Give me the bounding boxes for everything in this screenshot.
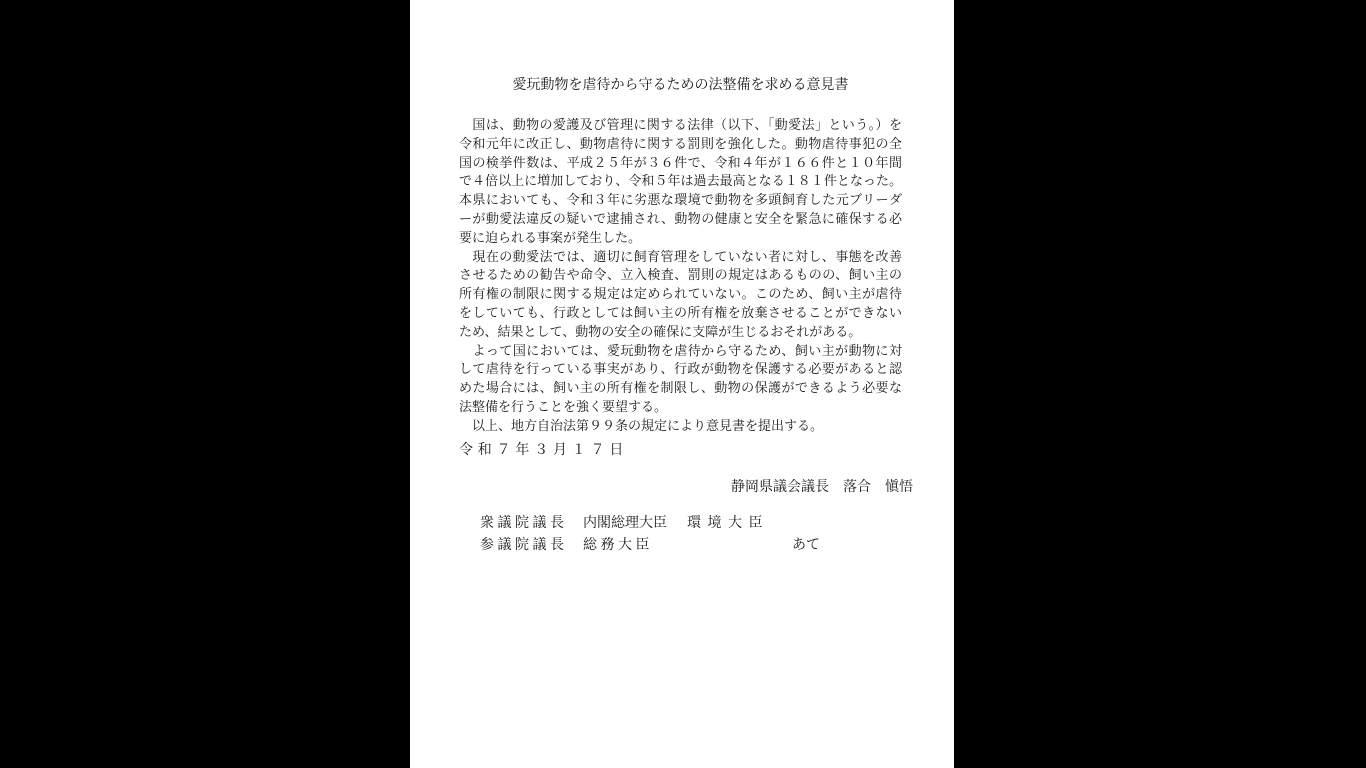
body-line: して虐待を行っている事実があり、行政が動物を保護する必要があると認 — [459, 360, 902, 379]
document-title: 愛玩動物を虐待から守るための法整備を求める意見書 — [459, 76, 902, 95]
body-line: をしていても、行政としては飼い主の所有権を放棄させることができない — [459, 304, 902, 323]
body-line: めた場合には、飼い主の所有権を制限し、動物の保護ができるよう必要な — [459, 379, 902, 398]
document-date: 令和７年３月１７日 — [459, 441, 628, 460]
screen-background: 愛玩動物を虐待から守るための法整備を求める意見書 国は、動物の愛護及び管理に関す… — [0, 0, 1366, 768]
document-page: 愛玩動物を虐待から守るための法整備を求める意見書 国は、動物の愛護及び管理に関す… — [410, 0, 954, 768]
body-line: で４倍以上に増加しており、令和５年は過去最高となる１８１件となった。 — [459, 172, 902, 191]
body-line: 現在の動愛法では、適切に飼育管理をしていない者に対し、事態を改善 — [459, 248, 902, 267]
addressee-prime-minister: 内閣総理大臣 — [583, 514, 667, 533]
body-line: 要に迫られる事案が発生した。 — [459, 229, 902, 248]
body-line: 以上、地方自治法第９９条の規定により意見書を提出する。 — [459, 417, 902, 436]
document-body: 国は、動物の愛護及び管理に関する法律（以下、「動愛法」という。）を令和元年に改正… — [459, 116, 902, 436]
body-line: 本県においても、令和３年に劣悪な環境で動物を多頭飼育した元ブリーダ — [459, 191, 902, 210]
body-line: 所有権の制限に関する規定は定められていない。このため、飼い主が虐待 — [459, 285, 902, 304]
document-content: 愛玩動物を虐待から守るための法整備を求める意見書 国は、動物の愛護及び管理に関す… — [459, 0, 902, 768]
body-line: 国の検挙件数は、平成２５年が３６件で、令和４年が１６６件と１０年間 — [459, 154, 902, 173]
addressee-house-of-councillors-speaker: 参 議 院 議 長 — [480, 536, 564, 555]
addressee-suffix: あて — [792, 536, 820, 555]
addressee-house-of-representatives-speaker: 衆 議 院 議 長 — [480, 514, 564, 533]
body-line: ため、結果として、動物の安全の確保に支障が生じるおそれがある。 — [459, 323, 902, 342]
addressee-block: 衆 議 院 議 長 内閣総理大臣 環 境 大 臣 参 議 院 議 長 総 務 大… — [459, 514, 902, 560]
body-line: 法整備を行うことを強く要望する。 — [459, 398, 902, 417]
body-line: させるための勧告や命令、立入検査、罰則の規定はあるものの、飼い主の — [459, 266, 902, 285]
body-line: よって国においては、愛玩動物を虐待から守るため、飼い主が動物に対 — [459, 342, 902, 361]
signature-line: 静岡県議会議長 落合 愼悟 — [459, 478, 913, 497]
addressee-internal-affairs-minister: 総 務 大 臣 — [583, 536, 650, 555]
body-line: ーが動愛法違反の疑いで逮捕され、動物の健康と安全を緊急に確保する必 — [459, 210, 902, 229]
body-line: 令和元年に改正し、動物虐待に関する罰則を強化した。動物虐待事犯の全 — [459, 135, 902, 154]
addressee-environment-minister: 環 境 大 臣 — [687, 514, 763, 533]
body-line: 国は、動物の愛護及び管理に関する法律（以下、「動愛法」という。）を — [459, 116, 902, 135]
